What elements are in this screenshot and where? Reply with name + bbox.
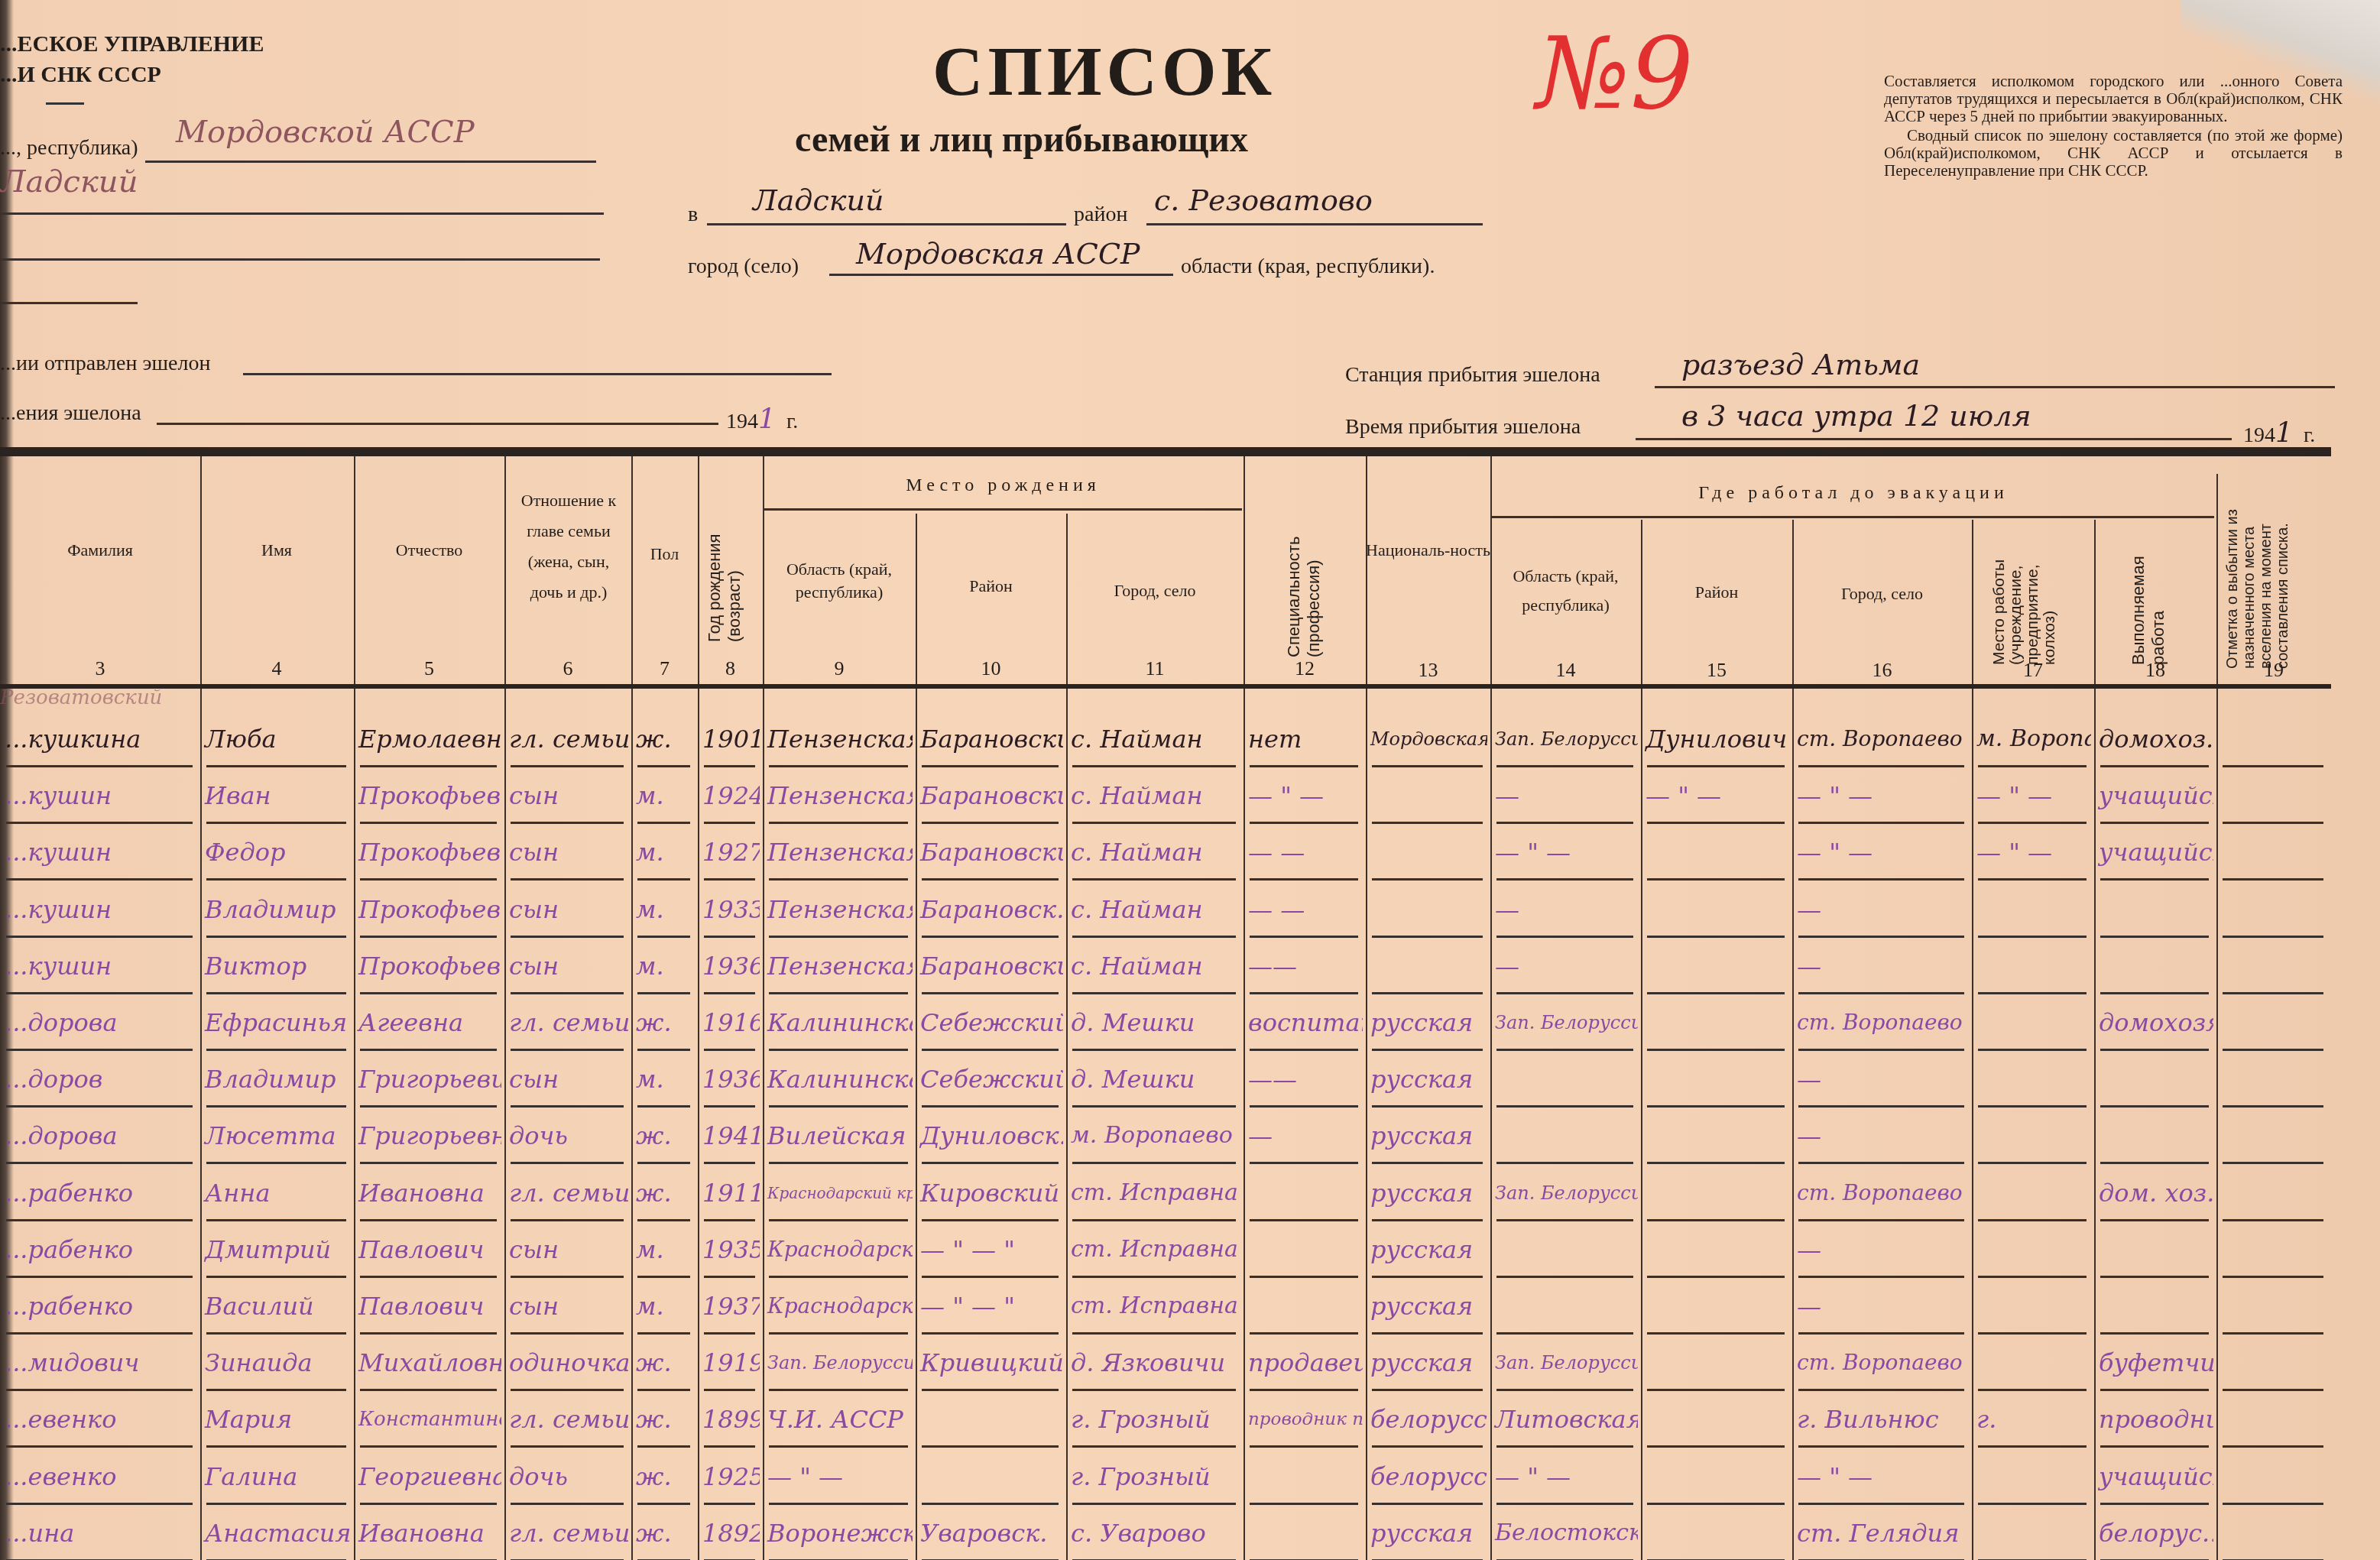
col-number: 13 [1366,659,1490,682]
cell-w-oblast[interactable]: — " — [1490,1448,1638,1503]
cell-b-raion[interactable]: Барановск. [916,881,1063,936]
cell-name[interactable]: Виктор [200,938,351,993]
cell-note[interactable] [2216,767,2328,822]
cell-w-place[interactable]: м. Воропаево [1972,711,2091,766]
cell-b-raion[interactable] [916,1391,1063,1446]
cell-w-place[interactable] [1972,1335,2091,1390]
cell-name[interactable]: Ефрасинья [200,994,351,1049]
cell-w-raion[interactable] [1641,824,1789,879]
cell-patronymic[interactable]: Григорьевна [354,1108,501,1163]
cell-b-raion[interactable]: Кривицкий [916,1335,1063,1390]
cell-surname[interactable]: ...ина [0,1505,197,1560]
cell-w-city[interactable]: — " — [1792,767,1969,822]
cell-patronymic[interactable]: Прокофьевич [354,881,501,936]
cell-w-job[interactable]: буфетчица [2094,1335,2213,1390]
cell-note[interactable] [2216,938,2328,993]
cell-w-city[interactable]: — [1792,938,1969,993]
cell-nationality[interactable] [1366,938,1487,993]
col-number: 6 [504,657,631,680]
cell-b-oblast[interactable]: Ч.И. АССР [763,1391,913,1446]
cell-profession[interactable] [1244,1505,1363,1560]
col-header-birth-raion: Район [916,575,1066,598]
cell-b-oblast[interactable]: Калининская [763,1051,913,1106]
cell-patronymic[interactable]: Павлович [354,1278,501,1333]
cell-w-place[interactable] [1972,1448,2091,1503]
cell-note[interactable] [2216,1108,2328,1163]
cell-w-job[interactable] [2094,881,2213,936]
cell-nationality[interactable]: русская [1366,1108,1487,1163]
cell-sex[interactable]: м. [631,1221,695,1276]
cell-surname[interactable]: ...кушин [0,824,197,879]
cell-profession[interactable] [1244,1165,1363,1220]
col-number: 15 [1641,659,1792,682]
group-divider [1492,516,2214,518]
cell-sex[interactable]: ж. [631,1108,695,1163]
cell-b-city[interactable]: с. Найман [1066,881,1240,936]
cell-patronymic[interactable]: Ивановна [354,1165,501,1220]
cell-note[interactable] [2216,824,2328,879]
cell-profession[interactable]: нет [1244,711,1363,766]
col-header-birth-oblast: Область (край, республика) [764,558,914,604]
cell-b-oblast[interactable]: Вилейская [763,1108,913,1163]
cell-w-place[interactable] [1972,994,2091,1049]
cell-w-job[interactable]: учащийся [2094,824,2213,879]
cell-w-job[interactable] [2094,1051,2213,1106]
cell-b-oblast[interactable]: Краснодарский [763,1221,913,1276]
cell-w-raion[interactable] [1641,1051,1789,1106]
table-row: ...доровВладимирГригорьевичсынм.1936Кали… [0,1051,2331,1108]
cell-surname[interactable]: ...дорова [0,994,197,1049]
cell-b-raion[interactable]: Уваровск. [916,1505,1063,1560]
cell-sex[interactable]: ж. [631,994,695,1049]
cell-w-city[interactable]: г. Вильнюс [1792,1391,1969,1446]
cell-note[interactable] [2216,1335,2328,1390]
cell-sex[interactable]: м. [631,938,695,993]
cell-year[interactable]: 1935 [698,1221,760,1276]
cell-year[interactable]: 1924 [698,767,760,822]
cell-surname[interactable]: ...дорова [0,1108,197,1163]
cell-surname[interactable]: ...рабенко [0,1165,197,1220]
cell-patronymic[interactable]: Константиновна [354,1391,501,1446]
cell-w-place[interactable]: — " — [1972,824,2091,879]
cell-w-place[interactable] [1972,881,2091,936]
cell-relation[interactable]: сын [504,1051,628,1106]
cell-w-oblast[interactable]: Зап. Белоруссия [1490,1335,1638,1390]
cell-w-job[interactable] [2094,1108,2213,1163]
cell-w-raion[interactable]: Дунилович. [1641,711,1789,766]
cell-b-oblast[interactable]: Пензенская [763,711,913,766]
cell-w-city[interactable]: — [1792,1051,1969,1106]
blank-field-line-short [0,302,138,304]
cell-w-raion[interactable] [1641,938,1789,993]
cell-w-oblast[interactable]: — " — [1490,824,1638,879]
cell-b-raion[interactable]: Кировский [916,1165,1063,1220]
col-header-profession: Специальность (профессия) [1284,520,1330,657]
cell-nationality[interactable] [1366,824,1487,879]
cell-nationality[interactable] [1366,881,1487,936]
cell-w-place[interactable] [1972,1108,2091,1163]
cell-w-oblast[interactable] [1490,1278,1638,1333]
cell-b-oblast[interactable]: Воронежск. [763,1505,913,1560]
cell-patronymic[interactable]: Павлович [354,1221,501,1276]
cell-w-raion[interactable] [1641,1505,1789,1560]
in-label: в [688,203,698,227]
cell-relation[interactable]: дочь [504,1108,628,1163]
cell-relation[interactable]: сын [504,1278,628,1333]
cell-w-raion[interactable] [1641,1165,1789,1220]
raion-value[interactable]: с. Резоватово [1154,183,1373,217]
in-value[interactable]: Ладский [753,183,884,217]
district-value[interactable]: Ладский [0,164,138,199]
cell-w-city[interactable]: — [1792,1108,1969,1163]
cell-year[interactable]: 1901 [698,711,760,766]
cell-note[interactable] [2216,1278,2328,1333]
cell-name[interactable]: Галина [200,1448,351,1503]
cell-w-city[interactable]: — [1792,881,1969,936]
cell-profession[interactable]: воспитат. [1244,994,1363,1049]
cell-sex[interactable]: м. [631,1278,695,1333]
cell-b-oblast[interactable]: Пензенская [763,881,913,936]
cell-w-place[interactable] [1972,1051,2091,1106]
cell-profession[interactable]: — " — [1244,767,1363,822]
cell-w-place[interactable]: — " — [1972,767,2091,822]
cell-w-job[interactable]: дом. хоз. [2094,1165,2213,1220]
district-field-line [0,212,604,215]
cell-name[interactable]: Анна [200,1165,351,1220]
city-value[interactable]: Мордовская АССР [856,237,1140,271]
cell-w-oblast[interactable] [1490,1221,1638,1276]
issuing-authority: ...ЕСКОЕ УПРАВЛЕНИЕ ...И СНК СССР [0,29,264,105]
cell-b-city[interactable]: ст. Исправна [1066,1221,1240,1276]
cell-w-city[interactable]: ст. Воропаево [1792,994,1969,1049]
cell-sex[interactable]: ж. [631,1448,695,1503]
cell-name[interactable]: Анастасия [200,1505,351,1560]
cell-w-oblast[interactable]: Белостокская [1490,1505,1638,1560]
cell-relation[interactable]: сын [504,1221,628,1276]
cell-patronymic[interactable]: Прокофьевич [354,824,501,879]
cell-w-raion[interactable] [1641,1335,1789,1390]
cell-relation[interactable]: гл. семьи [504,711,628,766]
cell-b-oblast[interactable]: Краснодарский [763,1278,913,1333]
cell-b-city[interactable]: с. Найман [1066,711,1240,766]
cell-sex[interactable]: ж. [631,1391,695,1446]
cell-b-oblast[interactable]: Калининская [763,994,913,1049]
cell-name[interactable]: Иван [200,767,351,822]
arrival-time-value[interactable]: в 3 часа утра 12 июля [1681,399,2031,433]
cell-b-raion[interactable]: — " — " [916,1278,1063,1333]
cell-w-oblast[interactable]: Зап. Белоруссия [1490,994,1638,1049]
cell-nationality[interactable]: Мордовская эрзя [1366,711,1487,766]
table-row: ...мидовичЗинаидаМихайловнаодиночкаж.191… [0,1335,2331,1391]
cell-b-city[interactable]: ст. Исправна [1066,1165,1240,1220]
cell-b-raion[interactable]: Барановский [916,767,1063,822]
cell-b-city[interactable]: д. Мешки [1066,994,1240,1049]
cell-nationality[interactable]: белорусск. [1366,1391,1487,1446]
cell-b-city[interactable]: г. Грозный [1066,1448,1240,1503]
cell-nationality[interactable]: русская [1366,1051,1487,1106]
cell-year[interactable]: 1936 [698,1051,760,1106]
cell-name[interactable]: Владимир [200,881,351,936]
cell-w-city[interactable]: — [1792,1278,1969,1333]
cell-profession[interactable] [1244,1221,1363,1276]
cell-name[interactable]: Владимир [200,1051,351,1106]
cell-year[interactable]: 1911 [698,1165,760,1220]
cell-b-raion[interactable]: Барановский [916,711,1063,766]
cell-b-city[interactable]: д. Язковичи [1066,1335,1240,1390]
cell-relation[interactable]: гл. семьи [504,994,628,1049]
cell-b-oblast[interactable]: Пензенская [763,824,913,879]
cell-w-job[interactable]: домохоз. [2094,711,2213,766]
cell-relation[interactable]: одиночка [504,1335,628,1390]
cell-patronymic[interactable]: Ивановна [354,1505,501,1560]
cell-w-place[interactable] [1972,938,2091,993]
cell-sex[interactable]: ж. [631,1505,695,1560]
col-number: 14 [1490,659,1641,682]
cell-patronymic[interactable]: Агеевна [354,994,501,1049]
cell-year[interactable]: 1937 [698,1278,760,1333]
cell-note[interactable] [2216,711,2328,766]
cell-year[interactable]: 1933 [698,881,760,936]
cell-patronymic[interactable]: Ермолаевна [354,711,501,766]
col-number: 19 [2216,659,2331,682]
cell-b-raion[interactable]: Барановский [916,824,1063,879]
cell-relation[interactable]: гл. семьи [504,1505,628,1560]
arrival-station-value[interactable]: разъезд Атьма [1681,348,1920,381]
cell-w-city[interactable]: ст. Воропаево [1792,711,1969,766]
cell-patronymic[interactable]: Прокофьевич [354,938,501,993]
cell-w-oblast[interactable]: — [1490,767,1638,822]
cell-relation[interactable]: дочь [504,1448,628,1503]
cell-w-place[interactable]: г. [1972,1391,2091,1446]
cell-b-city[interactable]: с. Найман [1066,824,1240,879]
cell-surname[interactable]: ...евенко [0,1448,197,1503]
cell-b-city[interactable]: с. Найман [1066,767,1240,822]
cell-surname[interactable]: ...мидович [0,1335,197,1390]
cell-patronymic[interactable]: Георгиевна [354,1448,501,1503]
cell-w-job[interactable] [2094,938,2213,993]
cell-profession[interactable]: —— [1244,1051,1363,1106]
cell-year[interactable]: 1941 [698,1108,760,1163]
cell-b-raion[interactable] [916,1448,1063,1503]
cell-b-city[interactable]: с. Уварово [1066,1505,1240,1560]
cell-sex[interactable]: м. [631,824,695,879]
cell-b-oblast[interactable]: — " — [763,1448,913,1503]
cell-w-oblast[interactable]: Литовская [1490,1391,1638,1446]
cell-year[interactable]: 1916 [698,994,760,1049]
col-number: 4 [200,657,353,680]
cell-year[interactable]: 1927 [698,824,760,879]
cell-name[interactable]: Мария [200,1391,351,1446]
cell-w-city[interactable]: ст. Воропаево [1792,1335,1969,1390]
cell-b-raion[interactable]: Себежский [916,1051,1063,1106]
cell-name[interactable]: Люба [200,711,351,766]
cell-note[interactable] [2216,1165,2328,1220]
cell-year[interactable]: 1892 [698,1505,760,1560]
cell-w-oblast[interactable] [1490,1051,1638,1106]
cell-profession[interactable]: —— [1244,938,1363,993]
cell-note[interactable] [2216,1448,2328,1503]
cell-w-job[interactable]: учащийся [2094,767,2213,822]
cell-b-city[interactable]: д. Мешки [1066,1051,1240,1106]
republic-field-line [145,161,596,163]
cell-surname[interactable]: ...евенко [0,1391,197,1446]
cell-note[interactable] [2216,881,2328,936]
cell-profession[interactable]: — [1244,1108,1363,1163]
cell-w-place[interactable] [1972,1165,2091,1220]
cell-nationality[interactable]: русская [1366,1335,1487,1390]
cell-nationality[interactable]: русская [1366,1165,1487,1220]
cell-sex[interactable]: м. [631,767,695,822]
year-suffix[interactable]: 1 [2275,417,2293,449]
cell-w-city[interactable]: ст. Гелядия [1792,1505,1969,1560]
cell-surname[interactable]: ...доров [0,1051,197,1106]
cell-w-job[interactable]: учащийся [2094,1448,2213,1503]
city-field-line [829,274,1173,276]
cell-b-city[interactable]: с. Найман [1066,938,1240,993]
cell-w-place[interactable] [1972,1505,2091,1560]
cell-nationality[interactable]: белорусск. [1366,1448,1487,1503]
cell-w-raion[interactable] [1641,1221,1789,1276]
cell-profession[interactable] [1244,1278,1363,1333]
cell-w-oblast[interactable]: Зап. Белоруссия [1490,1165,1638,1220]
in-field-line [707,223,1066,225]
col-number: 7 [631,657,698,680]
cell-profession[interactable]: — — [1244,881,1363,936]
cell-year[interactable]: 1936 [698,938,760,993]
cell-surname[interactable]: ...кушин [0,881,197,936]
cell-nationality[interactable]: русская [1366,1505,1487,1560]
cell-b-oblast[interactable]: Краснодарский край [763,1165,913,1220]
cell-sex[interactable]: м. [631,1051,695,1106]
cell-relation[interactable]: сын [504,767,628,822]
cell-b-city[interactable]: г. Грозный [1066,1391,1240,1446]
cell-note[interactable] [2216,994,2328,1049]
cell-b-oblast[interactable]: Пензенская [763,938,913,993]
cell-nationality[interactable]: русская [1366,994,1487,1049]
cell-b-oblast[interactable]: Зап. Белоруссия [763,1335,913,1390]
cell-w-raion[interactable] [1641,881,1789,936]
col-number: 12 [1244,657,1366,680]
cell-note[interactable] [2216,1391,2328,1446]
cell-w-city[interactable]: — " — [1792,1448,1969,1503]
cell-w-raion[interactable] [1641,1108,1789,1163]
cell-sex[interactable]: м. [631,881,695,936]
col-header-relation: Отношение к главе семьи (жена, сын, дочь… [511,485,627,608]
cell-w-oblast[interactable]: Зап. Белоруссия [1490,711,1638,766]
arrival-station-label: Станция прибытия эшелона [1345,363,1600,388]
sent-field-line[interactable] [243,373,832,375]
arrival-station-line [1655,386,2335,388]
cell-relation[interactable]: гл. семьи [504,1391,628,1446]
cell-w-job[interactable]: домохозяйка [2094,994,2213,1049]
cell-year[interactable]: 1899 [698,1391,760,1446]
col-number: 11 [1066,657,1244,680]
cell-sex[interactable]: ж. [631,711,695,766]
cell-surname[interactable]: ...рабенко [0,1221,197,1276]
cell-w-raion[interactable] [1641,994,1789,1049]
cell-nationality[interactable]: русская [1366,1221,1487,1276]
cell-b-raion[interactable]: — " — " [916,1221,1063,1276]
cell-surname[interactable]: ...кушин [0,767,197,822]
cell-profession[interactable]: продавец [1244,1335,1363,1390]
cell-w-job[interactable] [2094,1278,2213,1333]
cell-profession[interactable] [1244,1448,1363,1503]
cell-note[interactable] [2216,1221,2328,1276]
table-row: ...рабенкоВасилийПавловичсынм.1937Красно… [0,1278,2331,1335]
cell-name[interactable]: Василий [200,1278,351,1333]
group-divider [764,508,1242,511]
cell-note[interactable] [2216,1505,2328,1560]
authority-line-2: ...И СНК СССР [0,60,264,90]
cell-b-city[interactable]: м. Воропаево [1066,1108,1240,1163]
cell-b-oblast[interactable]: Пензенская [763,767,913,822]
cell-name[interactable]: Зинаида [200,1335,351,1390]
cell-year[interactable]: 1925 [698,1448,760,1503]
cell-patronymic[interactable]: Григорьевич [354,1051,501,1106]
cell-w-place[interactable] [1972,1221,2091,1276]
cell-w-oblast[interactable]: — [1490,938,1638,993]
cell-name[interactable]: Люсетта [200,1108,351,1163]
cell-relation[interactable]: гл. семьи [504,1165,628,1220]
year-prefix: 194 [726,410,758,433]
cell-patronymic[interactable]: Михайловна [354,1335,501,1390]
cell-w-raion[interactable] [1641,1278,1789,1333]
cell-w-job[interactable]: проводник [2094,1391,2213,1446]
table-row: ...рабенкоАннаИвановнагл. семьиж.1911Кра… [0,1165,2331,1221]
cell-nationality[interactable]: русская [1366,1278,1487,1333]
cell-relation[interactable]: сын [504,881,628,936]
republic-value[interactable]: Мордовской АССР [176,115,475,150]
year-suffix[interactable]: 1 [758,404,776,435]
cell-sex[interactable]: ж. [631,1165,695,1220]
col-number: 5 [354,657,504,680]
cell-sex[interactable]: ж. [631,1335,695,1390]
cell-w-city[interactable]: — [1792,1221,1969,1276]
cell-surname[interactable]: ...кушин [0,938,197,993]
cell-year[interactable]: 1919 [698,1335,760,1390]
cell-w-job[interactable]: белорус... [2094,1505,2213,1560]
cell-nationality[interactable] [1366,767,1487,822]
cell-surname[interactable]: ...кушкина [0,711,197,766]
cell-surname[interactable]: ...рабенко [0,1278,197,1333]
cell-b-raion[interactable]: Себежский [916,994,1063,1049]
cell-name[interactable]: Дмитрий [200,1221,351,1276]
cell-w-place[interactable] [1972,1278,2091,1333]
cell-w-city[interactable]: — " — [1792,824,1969,879]
cell-note[interactable] [2216,1051,2328,1106]
cell-w-job[interactable] [2094,1221,2213,1276]
cell-w-raion[interactable]: — " — [1641,767,1789,822]
cell-w-raion[interactable] [1641,1391,1789,1446]
cell-b-city[interactable]: ст. Исправна [1066,1278,1240,1333]
cell-profession[interactable]: проводник поезда [1244,1391,1363,1446]
cell-w-city[interactable]: ст. Воропаево [1792,1165,1969,1220]
cell-name[interactable]: Федор [200,824,351,879]
instruction-note: Составляется исполкомом городского или .… [1884,73,2343,181]
departure-field-line[interactable] [157,423,718,425]
cell-relation[interactable]: сын [504,938,628,993]
cell-relation[interactable]: сын [504,824,628,879]
cell-profession[interactable]: — — [1244,824,1363,879]
cell-b-raion[interactable]: Барановский [916,938,1063,993]
cell-w-raion[interactable] [1641,1448,1789,1503]
cell-b-raion[interactable]: Дуниловск. [916,1108,1063,1163]
cell-w-oblast[interactable] [1490,1108,1638,1163]
group-header-birthplace: Место рождения [764,474,1242,497]
raion-label: район [1074,203,1127,227]
cell-patronymic[interactable]: Прокофьевич [354,767,501,822]
cell-w-oblast[interactable]: — [1490,881,1638,936]
